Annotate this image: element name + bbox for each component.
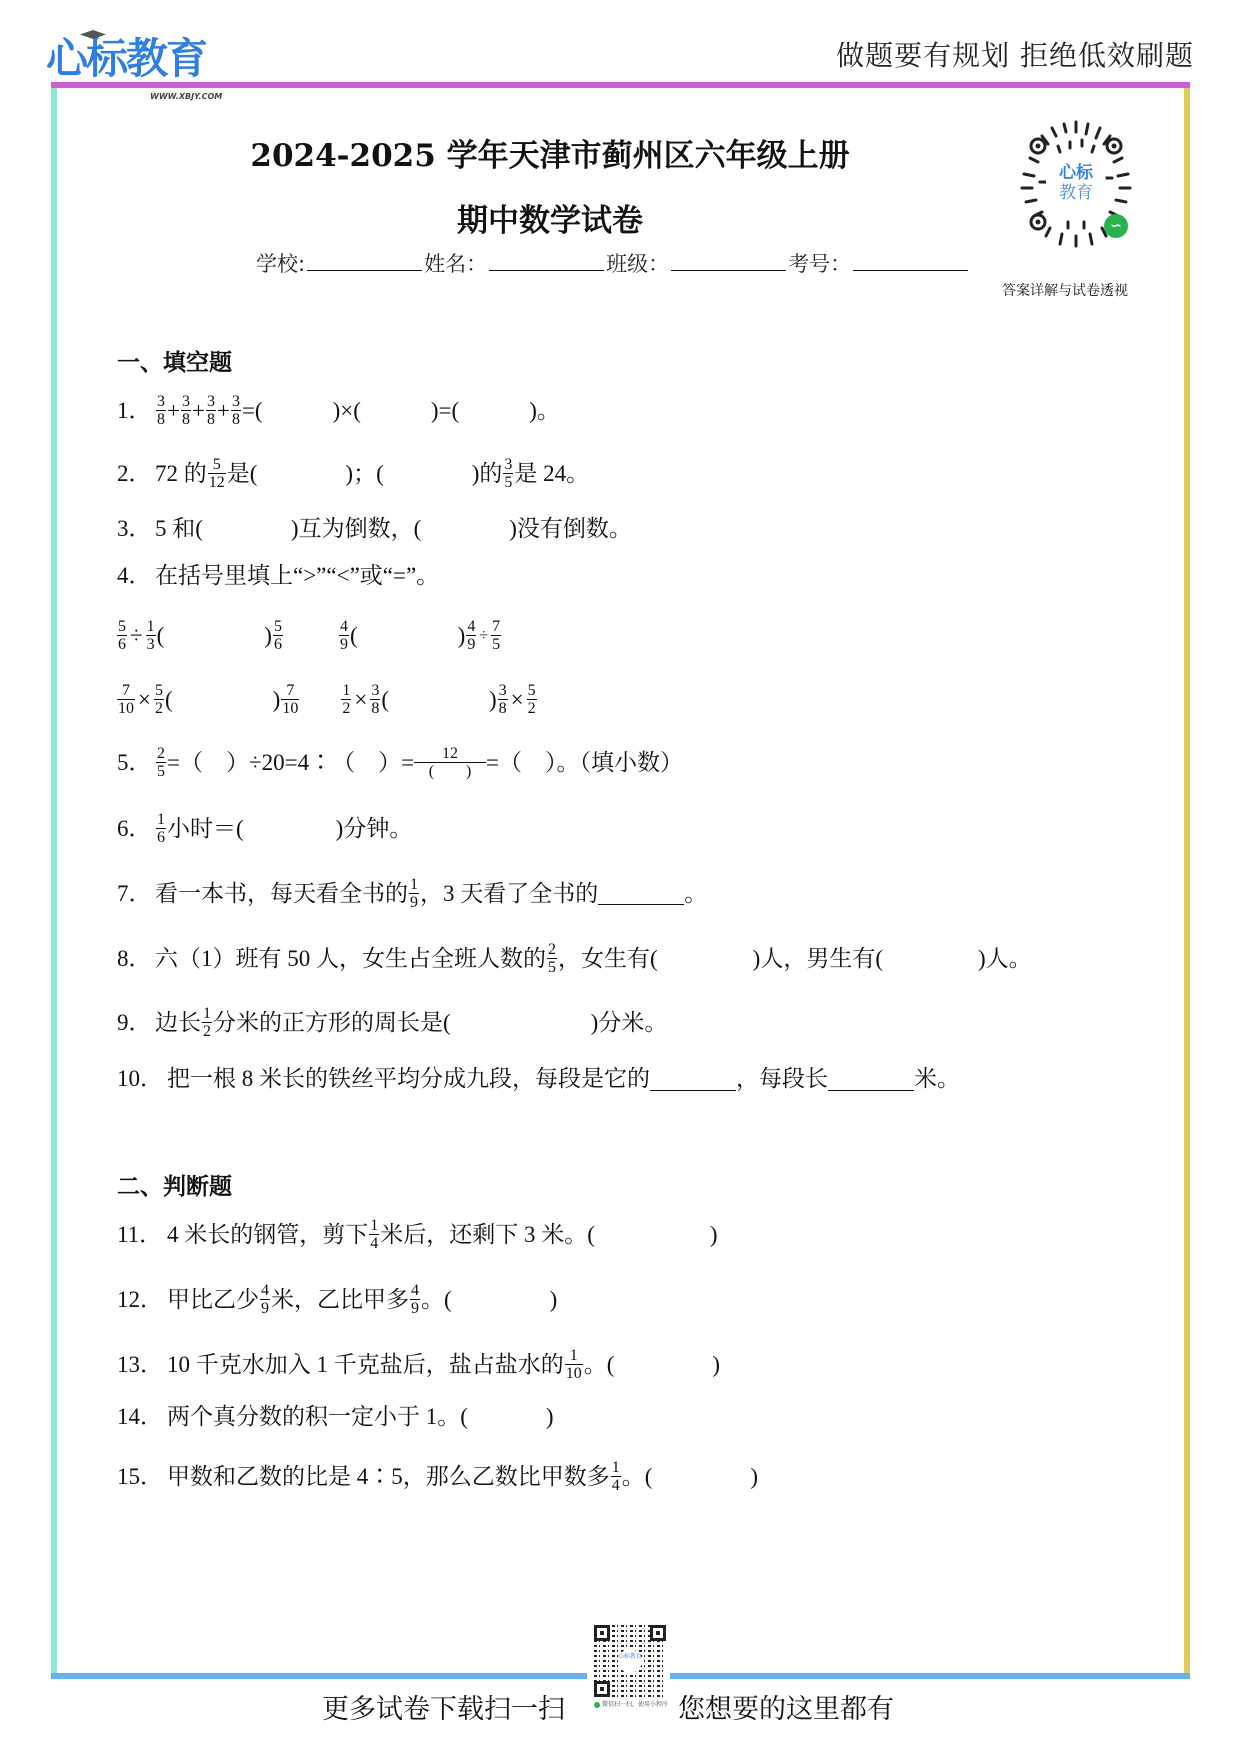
multiply-sign: × bbox=[138, 685, 151, 715]
divide-sign: ÷ bbox=[130, 621, 143, 651]
q-text: )；( bbox=[345, 459, 383, 489]
qr-finder-icon bbox=[650, 1625, 666, 1641]
header-slogan: 做题要有规划 拒绝低效刷题 bbox=[836, 34, 1194, 74]
fraction: 12 bbox=[341, 682, 351, 717]
question-10: 10． 把一根 8 米长的铁丝平均分成九段，每段是它的 ，每段长 米。 bbox=[117, 1064, 960, 1094]
mini-program-caption: 答案详解与试卷透视 bbox=[1002, 280, 1128, 300]
question-7: 7． 看一本书，每天看全书的 19 ，3 天看了全书的 。 bbox=[117, 876, 707, 911]
q-text: 甲数和乙数的比是 4∶5，那么乙数比甲数多 bbox=[167, 1462, 610, 1492]
question-14: 14． 两个真分数的积一定小于 1。( ) bbox=[117, 1402, 554, 1432]
q-text: ( bbox=[350, 621, 358, 651]
question-6: 6． 16 小时＝( )分钟。 bbox=[117, 811, 412, 846]
exam-number-label: 考号： bbox=[788, 248, 851, 278]
q-text: ，3 天看了全书的 bbox=[420, 879, 598, 909]
q-text: 5 和( bbox=[155, 514, 203, 544]
question-4: 4． 在括号里填上“>”“<”或“=”。 bbox=[117, 561, 439, 591]
question-number: 8． bbox=[117, 944, 155, 974]
question-number: 11． bbox=[117, 1220, 167, 1250]
question-number: 10． bbox=[117, 1064, 167, 1094]
plus-sign: + bbox=[192, 396, 205, 426]
multiply-sign: × bbox=[511, 685, 524, 715]
school-label: 学校: bbox=[256, 248, 305, 278]
section-heading-fill-in: 一、填空题 bbox=[117, 344, 232, 377]
q-text: 边长 bbox=[155, 1008, 201, 1038]
q-text: ( bbox=[165, 685, 173, 715]
fraction: 52 bbox=[154, 682, 164, 717]
fraction: 19 bbox=[409, 876, 419, 911]
question-13: 13． 10 千克水加入 1 千克盐后，盐占盐水的 110 。( ) bbox=[117, 1347, 720, 1382]
question-2: 2． 72 的 512 是( )；( )的 35 是 24。 bbox=[117, 456, 589, 491]
fraction: 38 bbox=[156, 393, 166, 428]
logo-url: WWW.XBJY.COM bbox=[150, 74, 222, 120]
fraction: 38 bbox=[231, 393, 241, 428]
q-text: )人，男生有( bbox=[753, 944, 883, 974]
q-text: 在括号里填上“>”“<”或“=”。 bbox=[155, 561, 439, 591]
fraction: 16 bbox=[156, 811, 166, 846]
q-text: ( bbox=[381, 685, 389, 715]
divide-sign: ÷ bbox=[479, 621, 488, 651]
fraction: 49 bbox=[260, 1282, 270, 1317]
qr-finder-icon bbox=[594, 1681, 610, 1697]
q-text: ) bbox=[273, 685, 281, 715]
fraction: 110 bbox=[565, 1347, 583, 1382]
multiply-sign: × bbox=[354, 685, 367, 715]
q-text: 米，乙比甲多 bbox=[271, 1285, 409, 1315]
q-text: =（ ）。（填小数） bbox=[486, 748, 683, 778]
question-number: 2． bbox=[117, 459, 155, 489]
fraction: 25 bbox=[547, 941, 557, 976]
question-11: 11． 4 米长的钢管，剪下 14 米后，还剩下 3 米。( ) bbox=[117, 1217, 718, 1252]
name-label: 姓名： bbox=[424, 248, 487, 278]
q-text: 甲比乙少 bbox=[167, 1285, 259, 1315]
wechat-mini-program-icon: ∽ bbox=[1104, 214, 1128, 238]
q-text: ) bbox=[750, 1462, 758, 1492]
brand-logo: 心标教育 WWW.XBJY.COM bbox=[46, 32, 206, 82]
fraction: 14 bbox=[611, 1459, 621, 1494]
q-text: 小时＝( bbox=[167, 814, 244, 844]
fraction: 14 bbox=[369, 1217, 379, 1252]
q-text: 。( bbox=[622, 1462, 653, 1492]
q-text: 。 bbox=[684, 879, 707, 909]
question-number: 6． bbox=[117, 814, 155, 844]
question-number: 15． bbox=[117, 1462, 167, 1492]
q-text: )分钟。 bbox=[336, 814, 413, 844]
fraction: 512 bbox=[208, 456, 226, 491]
q-text: 分米的正方形的周长是( bbox=[213, 1008, 451, 1038]
fraction: 75 bbox=[491, 618, 501, 653]
q-text: 是( bbox=[227, 459, 258, 489]
footer-left-text: 更多试卷下载扫一扫 bbox=[322, 1687, 565, 1726]
answer-blank[interactable] bbox=[650, 1068, 736, 1091]
fraction: 52 bbox=[527, 682, 537, 717]
fraction: 12 bbox=[202, 1005, 212, 1040]
frame-top-border bbox=[51, 82, 1190, 88]
footer-qr-caption: 微信扫一扫，使用小程序 bbox=[594, 1699, 674, 1708]
name-field[interactable] bbox=[489, 252, 604, 271]
q-text: 米。 bbox=[914, 1064, 960, 1094]
fraction: 56 bbox=[117, 618, 127, 653]
q-text: ) bbox=[264, 621, 272, 651]
footer-right-text: 您想要的这里都有 bbox=[678, 1687, 894, 1726]
question-3: 3． 5 和( )互为倒数，( )没有倒数。 bbox=[117, 514, 632, 544]
school-field[interactable] bbox=[307, 252, 422, 271]
q-text: ，女生有( bbox=[558, 944, 658, 974]
plus-sign: + bbox=[217, 396, 230, 426]
mini-program-logo-line1: 心标 bbox=[1046, 163, 1106, 183]
fraction: 38 bbox=[498, 682, 508, 717]
qr-center-logo: 心标教育 bbox=[618, 1649, 642, 1673]
q-text: =（ ）÷20=4∶（ ）= bbox=[167, 748, 414, 778]
q-text: ，每段长 bbox=[736, 1064, 828, 1094]
compare-row-1: 56 ÷ 13 ( ) 56 49 ( ) 49 ÷ 75 bbox=[116, 618, 502, 653]
q-text: )的 bbox=[472, 459, 503, 489]
question-1: 1． 38 + 38 + 38 + 38 =( )×( )=( )。 bbox=[117, 393, 560, 428]
q-text: 六（1）班有 50 人，女生占全班人数的 bbox=[155, 944, 546, 974]
question-number: 4． bbox=[117, 561, 155, 591]
question-number: 14． bbox=[117, 1402, 167, 1432]
q-text: 。( bbox=[421, 1285, 452, 1315]
question-15: 15． 甲数和乙数的比是 4∶5，那么乙数比甲数多 14 。( ) bbox=[117, 1459, 758, 1494]
q-text: 是 24。 bbox=[514, 459, 589, 489]
fraction-with-blank[interactable]: 12( ) bbox=[415, 745, 485, 780]
fraction: 710 bbox=[117, 682, 135, 717]
q-text: 72 的 bbox=[155, 459, 207, 489]
frame-left-border bbox=[51, 88, 57, 1679]
q-text: )=( bbox=[431, 396, 459, 426]
q-text: )×( bbox=[333, 396, 361, 426]
frame-bottom-border-left bbox=[51, 1673, 587, 1679]
footer-qr-code-icon[interactable]: 心标教育 bbox=[594, 1625, 666, 1697]
fraction: 710 bbox=[281, 682, 299, 717]
q-text: =( bbox=[242, 396, 263, 426]
q-text: 看一本书，每天看全书的 bbox=[155, 879, 408, 909]
frame-bottom-border-right bbox=[670, 1673, 1190, 1679]
exam-number-field[interactable] bbox=[853, 252, 968, 271]
mini-program-logo: 心标 教育 bbox=[1046, 153, 1106, 213]
fraction: 35 bbox=[503, 456, 513, 491]
answer-blank[interactable] bbox=[598, 882, 684, 905]
question-12: 12． 甲比乙少 49 米，乙比甲多 49 。( ) bbox=[117, 1282, 557, 1317]
qr-finder-icon bbox=[594, 1625, 610, 1641]
q-text: )互为倒数，( bbox=[291, 514, 421, 544]
question-number: 3． bbox=[117, 514, 155, 544]
question-number: 5． bbox=[117, 748, 155, 778]
fraction: 38 bbox=[181, 393, 191, 428]
question-number: 13． bbox=[117, 1350, 167, 1380]
q-text: )。 bbox=[529, 396, 560, 426]
student-info-row: 学校: 姓名： 班级： 考号： bbox=[256, 248, 970, 278]
frame-right-border bbox=[1184, 88, 1190, 1679]
fraction: 25 bbox=[156, 745, 166, 780]
q-text: 4 米长的钢管，剪下 bbox=[167, 1220, 368, 1250]
class-label: 班级： bbox=[606, 248, 669, 278]
q-text: )分米。 bbox=[591, 1008, 668, 1038]
fraction: 38 bbox=[370, 682, 380, 717]
fraction: 49 bbox=[410, 1282, 420, 1317]
question-number: 1． bbox=[117, 396, 155, 426]
answer-blank[interactable] bbox=[828, 1068, 914, 1091]
q-text: ( bbox=[157, 621, 165, 651]
plus-sign: + bbox=[167, 396, 180, 426]
q-text: )人。 bbox=[978, 944, 1032, 974]
question-5: 5． 25 =（ ）÷20=4∶（ ）= 12( ) =（ ）。（填小数） bbox=[117, 745, 683, 780]
q-text: ) bbox=[550, 1285, 558, 1315]
fraction: 49 bbox=[466, 618, 476, 653]
question-number: 12． bbox=[117, 1285, 167, 1315]
q-text: ) bbox=[458, 621, 466, 651]
question-number: 9． bbox=[117, 1008, 155, 1038]
q-text: )没有倒数。 bbox=[509, 514, 632, 544]
class-field[interactable] bbox=[671, 252, 786, 271]
q-text: 把一根 8 米长的铁丝平均分成九段，每段是它的 bbox=[167, 1064, 650, 1094]
mini-program-logo-line2: 教育 bbox=[1046, 183, 1106, 203]
q-text: 两个真分数的积一定小于 1。( bbox=[167, 1402, 468, 1432]
fraction: 56 bbox=[273, 618, 283, 653]
question-number: 7． bbox=[117, 879, 155, 909]
fraction: 38 bbox=[206, 393, 216, 428]
fraction: 13 bbox=[146, 618, 156, 653]
q-text: 米后，还剩下 3 米。( bbox=[380, 1220, 595, 1250]
q-text: ) bbox=[712, 1350, 720, 1380]
compare-row-2: 710 × 52 ( ) 710 12 × 38 ( ) 38 × 52 bbox=[116, 682, 538, 717]
q-text: 10 千克水加入 1 千克盐后，盐占盐水的 bbox=[167, 1350, 564, 1380]
question-9: 9． 边长 12 分米的正方形的周长是( )分米。 bbox=[117, 1005, 667, 1040]
q-text: 。( bbox=[584, 1350, 615, 1380]
q-text: ) bbox=[489, 685, 497, 715]
section-heading-true-false: 二、判断题 bbox=[117, 1168, 232, 1201]
wechat-icon bbox=[594, 1702, 600, 1708]
q-text: ) bbox=[710, 1220, 718, 1250]
q-text: ) bbox=[546, 1402, 554, 1432]
fraction: 49 bbox=[339, 618, 349, 653]
question-8: 8． 六（1）班有 50 人，女生占全班人数的 25 ，女生有( )人，男生有(… bbox=[117, 941, 1032, 976]
